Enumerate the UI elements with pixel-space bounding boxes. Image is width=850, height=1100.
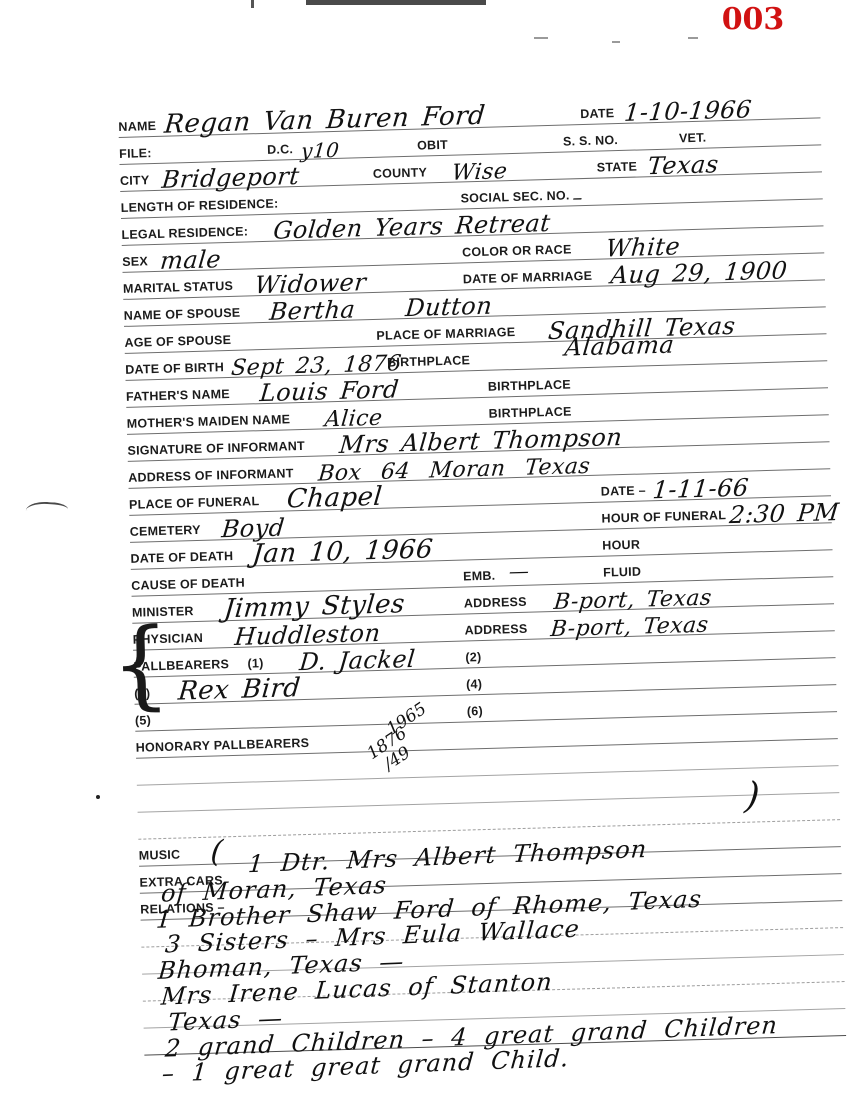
hour-label: HOUR: [602, 538, 640, 553]
birthplace-label: BIRTHPLACE: [488, 377, 571, 393]
honorary-pallbearers-label: HONORARY PALLBEARERS: [136, 736, 310, 755]
fathers-name-label: FATHER'S NAME: [126, 387, 230, 404]
scan-speck: [612, 41, 620, 43]
hour-of-funeral-label: HOUR OF FUNERAL: [601, 508, 726, 525]
physician-address-label: ADDRESS: [464, 622, 527, 638]
name-of-spouse-label: NAME OF SPOUSE: [124, 306, 241, 323]
county-label: COUNTY: [373, 165, 428, 181]
pallbearer-1-number: (1): [247, 656, 263, 670]
emb-value: —: [508, 559, 531, 584]
mothers-maiden-name-label: MOTHER'S MAIDEN NAME: [127, 412, 291, 431]
address-of-informant-label: ADDRESS OF INFORMANT: [128, 466, 294, 485]
scan-speck: [534, 37, 548, 39]
social-sec-no-label: SOCIAL SEC. NO.: [460, 188, 569, 205]
scan-speck: [688, 37, 698, 39]
file-label: FILE:: [119, 146, 152, 161]
age-of-spouse-label: AGE OF SPOUSE: [124, 333, 231, 350]
pallbearer-6-number: (6): [467, 704, 483, 718]
funeral-date-label: DATE –: [601, 483, 646, 498]
funeral-record-form: NAME Regan Van Buren Ford DATE 1-10-1966…: [118, 91, 846, 1055]
minister-address-label: ADDRESS: [464, 595, 527, 611]
scan-artifact-tick: [251, 0, 254, 8]
birthplace-label: BIRTHPLACE: [488, 404, 571, 420]
signature-of-informant-label: SIGNATURE OF INFORMANT: [127, 439, 305, 458]
vet-label: VET.: [679, 131, 707, 146]
date-of-death-label: DATE OF DEATH: [130, 549, 233, 566]
age-calculation-scribble: 1965 1876 /49: [355, 709, 430, 765]
obit-label: OBIT: [417, 138, 448, 153]
name-label: NAME: [118, 119, 156, 134]
color-or-race-label: COLOR OR RACE: [462, 242, 572, 259]
scan-artifact-bar: [306, 0, 486, 5]
fluid-label: FLUID: [603, 565, 641, 580]
date-of-birth-label: DATE OF BIRTH: [125, 360, 224, 377]
sex-label: SEX: [122, 254, 148, 269]
pallbearers-brace-mark: {: [110, 613, 171, 715]
relations-handwritten-notes: 1 Dtr. Mrs Albert Thompson of Moran, Tex…: [146, 829, 850, 1088]
scanned-funeral-record-page: 003 NAME Regan Van Buren Ford DATE 1-10-…: [0, 0, 850, 1100]
emb-label: EMB.: [463, 569, 496, 584]
cause-of-death-label: CAUSE OF DEATH: [131, 576, 245, 593]
length-of-residence-label: LENGTH OF RESIDENCE:: [121, 197, 279, 215]
birthplace-value: Alabama: [563, 331, 675, 362]
page-number: 003: [718, 2, 788, 37]
pallbearer-4-number: (4): [466, 677, 482, 691]
ssno-label: S. S. NO.: [563, 133, 618, 149]
dc-label: D.C.: [267, 142, 293, 157]
date-of-marriage-label: DATE OF MARRIAGE: [463, 269, 593, 287]
birthplace-label: BIRTHPLACE: [387, 353, 470, 369]
margin-dot-mark: [96, 795, 100, 799]
marital-status-label: MARITAL STATUS: [123, 279, 234, 296]
pallbearer-2-number: (2): [465, 650, 481, 664]
place-of-marriage-label: PLACE OF MARRIAGE: [376, 325, 515, 343]
state-label: STATE: [597, 160, 638, 175]
date-label: DATE: [580, 106, 614, 121]
place-of-funeral-label: PLACE OF FUNERAL: [129, 494, 260, 512]
cemetery-label: CEMETERY: [130, 523, 201, 539]
legal-residence-label: LEGAL RESIDENCE:: [121, 224, 248, 242]
city-label: CITY: [120, 173, 150, 188]
margin-pen-mark: [26, 501, 68, 513]
